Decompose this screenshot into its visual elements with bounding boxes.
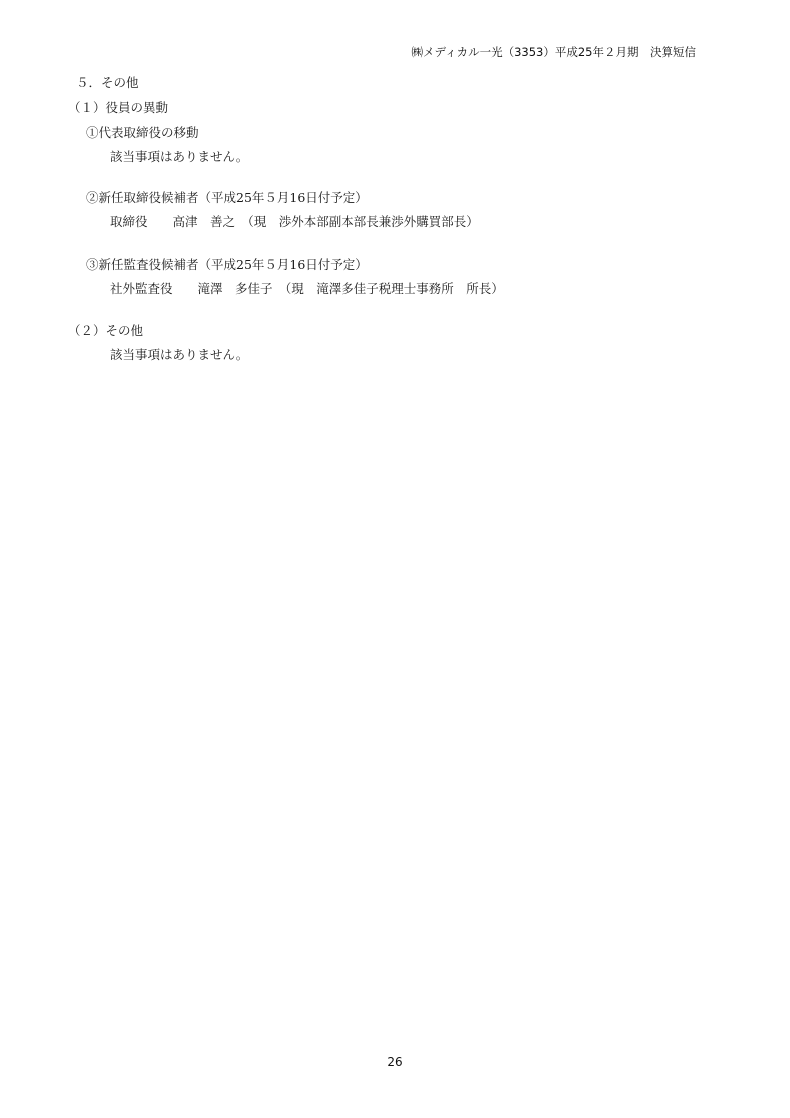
subsection-title-other: （２）その他 — [68, 323, 143, 339]
item-body-new-auditor: 社外監査役 滝澤 多佳子 （現 滝澤多佳子税理士事務所 所長） — [110, 281, 504, 297]
subsection-title-officer-changes: （１）役員の異動 — [68, 100, 168, 116]
section-title: ５．その他 — [76, 75, 139, 91]
item-body-new-director: 取締役 高津 善之 （現 渉外本部副本部長兼渉外購買部長） — [110, 214, 479, 230]
subsection-body-other: 該当事項はありません。 — [110, 347, 248, 363]
item-title-representative-director: ①代表取締役の移動 — [86, 125, 199, 141]
page-number: 26 — [0, 1055, 790, 1069]
item-title-new-auditor: ③新任監査役候補者（平成25年５月16日付予定） — [86, 257, 368, 273]
item-title-new-director: ②新任取締役候補者（平成25年５月16日付予定） — [86, 190, 368, 206]
document-header: ㈱メディカル一光（3353）平成25年２月期 決算短信 — [412, 44, 696, 60]
item-body-representative-director: 該当事項はありません。 — [110, 149, 248, 165]
